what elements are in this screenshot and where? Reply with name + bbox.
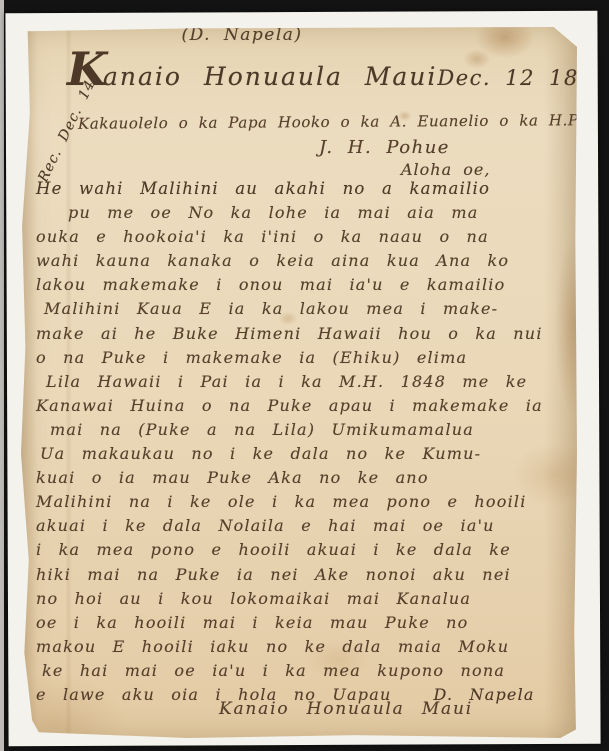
letter-line: ke hai mai oe ia'u i ka mea kupono nona bbox=[42, 661, 578, 685]
dateline: K anaio Honuaula Maui Dec. 12 1872 bbox=[67, 49, 583, 91]
letter-line: akuai i ke dala Nolaila e hai mai oe ia'… bbox=[36, 516, 578, 540]
letter-line: hiki mai na Puke ia nei Ake nonoi aku ne… bbox=[36, 565, 578, 589]
letter-line: Malihini Kaua E ia ka lakou mea i make- bbox=[44, 299, 578, 323]
letter-line: pu me oe No ka lohe ia mai aia ma bbox=[68, 203, 578, 227]
salutation: Aloha oe, bbox=[401, 160, 490, 179]
letter-line: ouka e hookoia'i ka i'ini o ka naau o na bbox=[36, 227, 578, 251]
letter-line: lakou makemake i onou mai ia'u e kamaili… bbox=[36, 275, 578, 299]
letter-line: i ka mea pono e hooili akuai i ke dala k… bbox=[36, 540, 578, 564]
letter-line: oe i ka hooili mai i keia mau Puke no bbox=[36, 613, 578, 637]
letter-line: Ua makaukau no i ke dala no ke Kumu- bbox=[40, 444, 578, 468]
letter-line: no hoi au i kou lokomaikai mai Kanalua bbox=[36, 589, 578, 613]
letter-line: He wahi Malihini au akahi no a kamailio bbox=[36, 179, 578, 203]
scanner-edge bbox=[0, 0, 4, 751]
letter-line: make ai he Buke Himeni Hawaii hou o ka n… bbox=[36, 324, 578, 348]
letter-line: o na Puke i makemake ia (Ehiku) elima bbox=[36, 348, 578, 372]
letter-line: makou E hooili iaku no ke dala maia Moku bbox=[36, 637, 578, 661]
recipient-name: J. H. Pohue bbox=[319, 137, 450, 158]
scanned-letter: Rec. Dec. 14 (D. Napela) K anaio Honuaul… bbox=[0, 0, 609, 751]
signature-place: Kanaio Honuaula Maui bbox=[219, 699, 473, 719]
letter-line: Malihini na i ke ole i ka mea pono e hoo… bbox=[36, 492, 578, 516]
recipient-title-line: Kakauolelo o ka Papa Hooko o ka A. Euane… bbox=[78, 111, 568, 132]
letter-line: Lila Hawaii i Pai ia i ka M.H. 1848 me k… bbox=[46, 372, 578, 396]
dateline-place: anaio Honuaula Maui bbox=[103, 62, 437, 91]
letter-line: mai na (Puke a na Lila) Umikumamalua bbox=[50, 420, 578, 444]
letter-body: He wahi Malihini au akahi no a kamailio … bbox=[36, 179, 578, 709]
letter-page: Rec. Dec. 14 (D. Napela) K anaio Honuaul… bbox=[21, 27, 577, 738]
letter-line: kuai o ia mau Puke Aka no ke ano bbox=[36, 468, 578, 492]
letter-line: wahi kauna kanaka o keia aina kua Ana ko bbox=[36, 251, 578, 275]
letter-line: Kanawai Huina o na Puke apau i makemake … bbox=[36, 396, 578, 420]
dateline-place-initial: K bbox=[67, 49, 107, 89]
